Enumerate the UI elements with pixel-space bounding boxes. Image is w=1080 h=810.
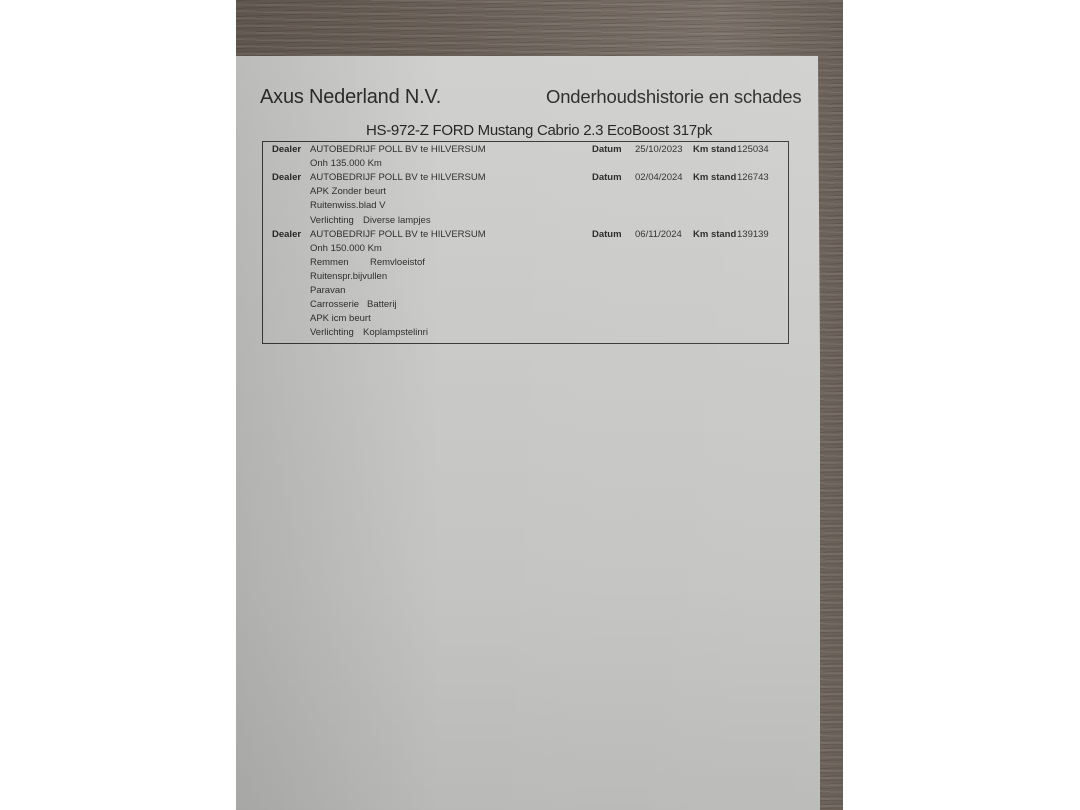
service-item: Ruitenspr.bijvullen	[310, 271, 387, 282]
km-stand-value: 139139	[737, 229, 769, 240]
service-item: Ruitenwiss.blad V	[310, 200, 386, 211]
datum-value: 02/04/2024	[635, 172, 683, 183]
service-item: APK icm beurt	[310, 313, 371, 324]
dealer-label: Dealer	[272, 172, 301, 183]
km-stand-label: Km stand	[693, 172, 736, 183]
service-item: Onh 150.000 Km	[310, 243, 382, 254]
datum-label: Datum	[592, 229, 622, 240]
service-item: Onh 135.000 Km	[310, 158, 382, 169]
service-item-detail: Diverse lampjes	[363, 215, 431, 226]
company-name: Axus Nederland N.V.	[260, 86, 441, 109]
datum-label: Datum	[592, 172, 622, 183]
service-item: Verlichting	[310, 215, 354, 226]
photo-background-wood-table: Axus Nederland N.V. Onderhoudshistorie e…	[236, 0, 843, 810]
service-item: Paravan	[310, 285, 345, 296]
document-page: Axus Nederland N.V. Onderhoudshistorie e…	[236, 56, 820, 810]
km-stand-label: Km stand	[693, 144, 736, 155]
service-item: Carrosserie	[310, 299, 359, 310]
service-item-detail: Koplampstelinri	[363, 327, 428, 338]
datum-label: Datum	[592, 144, 622, 155]
dealer-name: AUTOBEDRIJF POLL BV te HILVERSUM	[310, 229, 486, 240]
service-item: Verlichting	[310, 327, 354, 338]
km-stand-label: Km stand	[693, 229, 736, 240]
service-item: Remmen	[310, 257, 349, 268]
datum-value: 25/10/2023	[635, 144, 683, 155]
maintenance-history-table: DealerAUTOBEDRIJF POLL BV te HILVERSUMDa…	[262, 141, 789, 344]
document-title: Onderhoudshistorie en schades	[546, 86, 801, 108]
km-stand-value: 126743	[737, 172, 769, 183]
service-item: APK Zonder beurt	[310, 186, 386, 197]
dealer-name: AUTOBEDRIJF POLL BV te HILVERSUM	[310, 144, 486, 155]
vehicle-heading: HS-972-Z FORD Mustang Cabrio 2.3 EcoBoos…	[366, 122, 712, 139]
dealer-name: AUTOBEDRIJF POLL BV te HILVERSUM	[310, 172, 486, 183]
km-stand-value: 125034	[737, 144, 769, 155]
dealer-label: Dealer	[272, 144, 301, 155]
service-item-detail: Remvloeistof	[370, 257, 425, 268]
dealer-label: Dealer	[272, 229, 301, 240]
service-item-detail: Batterij	[367, 299, 397, 310]
datum-value: 06/11/2024	[635, 229, 682, 240]
